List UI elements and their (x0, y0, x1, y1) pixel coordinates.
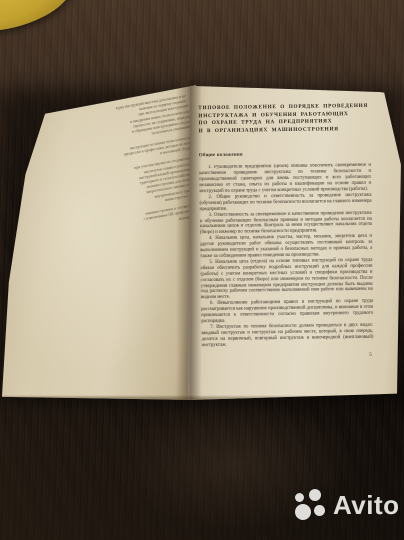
avito-brand-text: Avito (333, 492, 400, 518)
paragraph-7: 7. Инструктаж по технике безопасности до… (201, 323, 373, 349)
page-number: 5 (202, 353, 374, 360)
logo-circle (309, 489, 321, 501)
paragraph-5: 5. Начальник цеха (отдела) на основе тип… (200, 258, 373, 302)
logo-circle (295, 504, 311, 520)
paragraph-3: 3. Ответственность за своевременное и ка… (200, 210, 372, 236)
paragraph-4: 4. Начальник цеха, начальник участка, ма… (200, 234, 372, 260)
paragraph-6: 6. Невыполнение работающими правил и инс… (201, 299, 373, 325)
avito-dots-logo-icon (295, 489, 328, 520)
logo-circle (295, 493, 304, 502)
document-title: ТИПОВОЕ ПОЛОЖЕНИЕ О ПОРЯДКЕ ПРОВЕДЕНИЯ И… (198, 103, 370, 136)
logo-circle (314, 505, 325, 516)
right-page-content: ТИПОВОЕ ПОЛОЖЕНИЕ О ПОРЯДКЕ ПРОВЕДЕНИЯ И… (198, 103, 374, 361)
book-right-page: ТИПОВОЕ ПОЛОЖЕНИЕ О ПОРЯДКЕ ПРОВЕДЕНИЯ И… (186, 82, 402, 400)
section-heading: Общие положения (199, 151, 371, 158)
photo-of-open-book: в ряд инструкций внесены дополнения и из… (0, 0, 404, 540)
body-text: 1. Руководители предприятий (цехов) обяз… (199, 163, 374, 348)
book-gutter-shadow (176, 80, 202, 400)
avito-watermark: Avito (295, 489, 400, 520)
paragraph-1: 1. Руководители предприятий (цехов) обяз… (199, 163, 371, 195)
title-line: И В ОРГАНИЗАЦИЯХ МАШИНОСТРОЕНИЯ (199, 126, 371, 136)
